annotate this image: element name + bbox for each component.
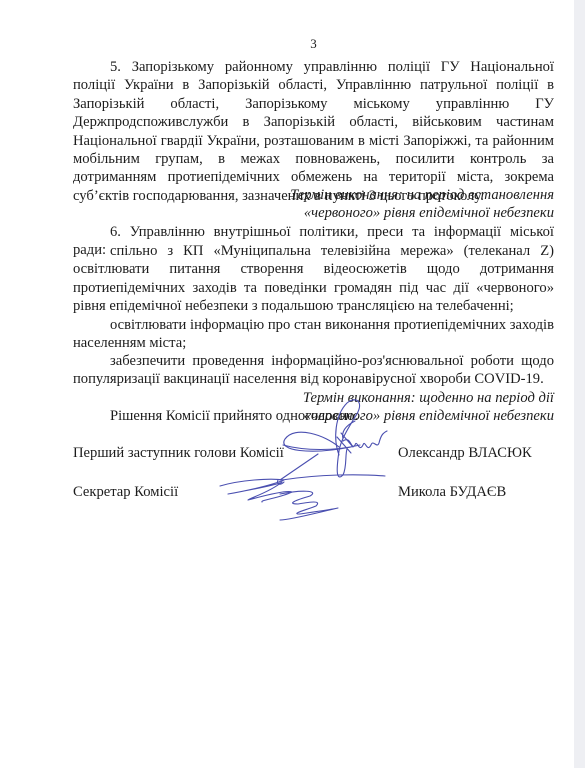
item-5-deadline-line1: Термін виконання: на період встановлення	[214, 186, 554, 204]
page-edge-strip	[574, 0, 585, 768]
item-5-paragraph: 5. Запорізькому районному управлінню пол…	[73, 58, 554, 205]
signatory-2-title: Секретар Комісії	[73, 483, 178, 501]
item-6-subitem-2: освітлювати інформацію про стан виконанн…	[73, 316, 554, 353]
item-6-subitem-3: забезпечити проведення інформаційно-роз'…	[73, 352, 554, 389]
signatory-2-name: Микола БУДАЄВ	[398, 483, 506, 501]
item-5-deadline: Термін виконання: на період встановлення…	[214, 186, 554, 223]
signatory-1-name: Олександр ВЛАСЮК	[398, 444, 532, 462]
item-6-subitem-1: спільно з КП «Муніципальна телевізійна м…	[73, 242, 554, 316]
signature-2-icon	[210, 450, 400, 525]
page-number: 3	[73, 35, 554, 53]
item-5-deadline-line2: «червоного» рівня епідемічної небезпеки	[214, 204, 554, 222]
